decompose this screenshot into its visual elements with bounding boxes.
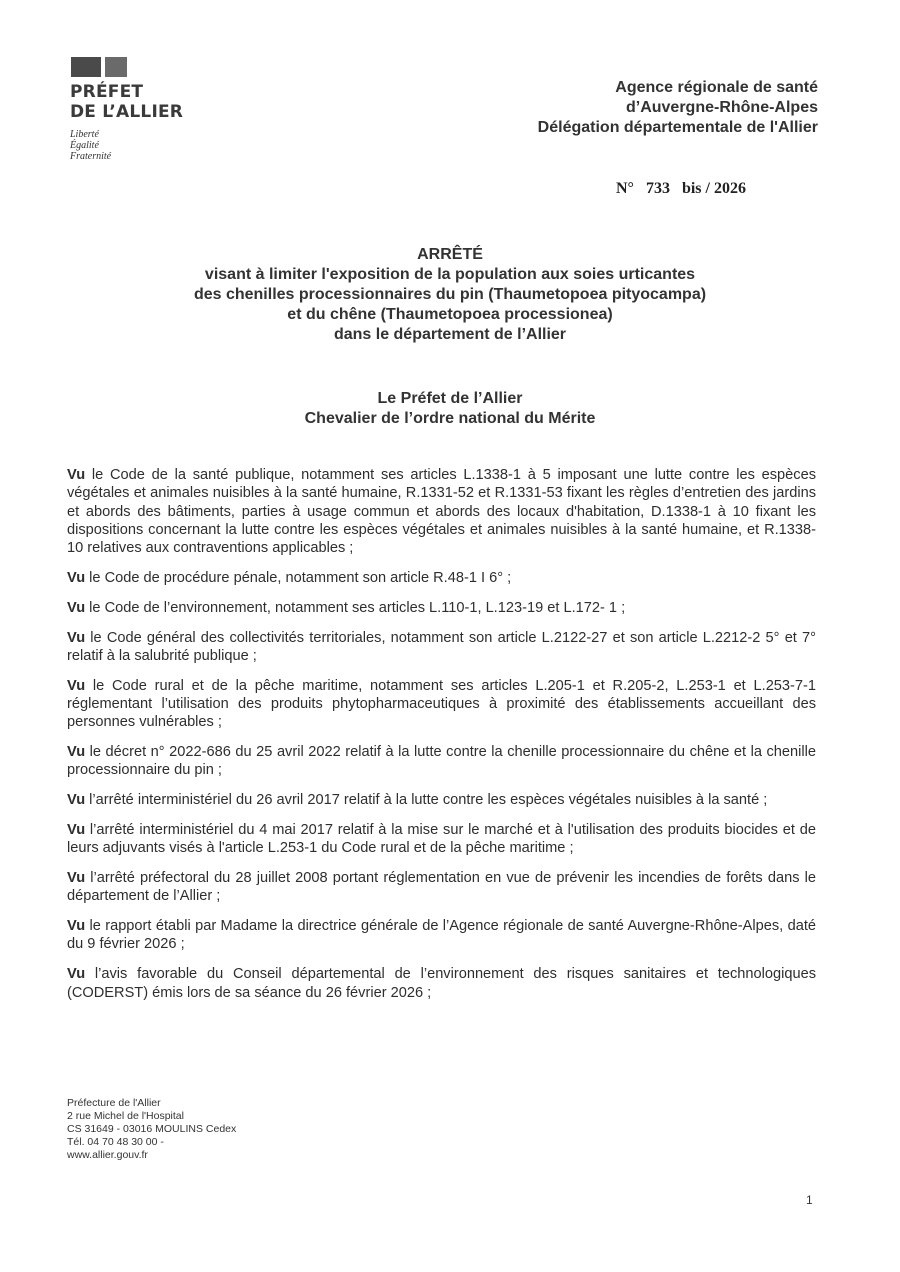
considerations-list: Vu le Code de la santé publique, notamme… (67, 466, 816, 1013)
consideration-item: Vu le décret n° 2022-686 du 25 avril 202… (67, 743, 816, 780)
consideration-item: Vu le Code rural et de la pêche maritime… (67, 677, 816, 732)
page-number: 1 (806, 1193, 813, 1207)
title-heading: ARRÊTÉ (0, 245, 900, 265)
authority-block: Le Préfet de l’Allier Chevalier de l’ord… (0, 389, 900, 429)
decree-number: N°733bis / 2026 (616, 180, 758, 198)
consideration-item: Vu le Code de la santé publique, notamme… (67, 466, 816, 557)
prefecture-logo: PRÉFET DE L’ALLIER Liberté Égalité Frate… (70, 57, 210, 162)
marianne-logo-icon (71, 57, 210, 79)
consideration-item: Vu le Code général des collectivités ter… (67, 629, 816, 666)
consideration-item: Vu l’arrêté interministériel du 4 mai 20… (67, 821, 816, 858)
website-link[interactable]: www.allier.gouv.fr (67, 1149, 236, 1162)
consideration-item: Vu le rapport établi par Madame la direc… (67, 917, 816, 954)
consideration-item: Vu l’arrêté préfectoral du 28 juillet 20… (67, 869, 816, 906)
agency-header: Agence régionale de santé d’Auvergne-Rhô… (538, 78, 818, 138)
consideration-item: Vu l’avis favorable du Conseil départeme… (67, 965, 816, 1002)
prefecture-address: Préfecture de l'Allier 2 rue Michel de l… (67, 1097, 236, 1162)
consideration-item: Vu le Code de l’environnement, notamment… (67, 599, 816, 617)
document-title: ARRÊTÉ visant à limiter l'exposition de … (0, 245, 900, 345)
republic-motto: Liberté Égalité Fraternité (70, 129, 210, 162)
consideration-item: Vu le Code de procédure pénale, notammen… (67, 569, 816, 587)
logo-title: PRÉFET DE L’ALLIER (70, 82, 210, 122)
consideration-item: Vu l’arrêté interministériel du 26 avril… (67, 791, 816, 809)
